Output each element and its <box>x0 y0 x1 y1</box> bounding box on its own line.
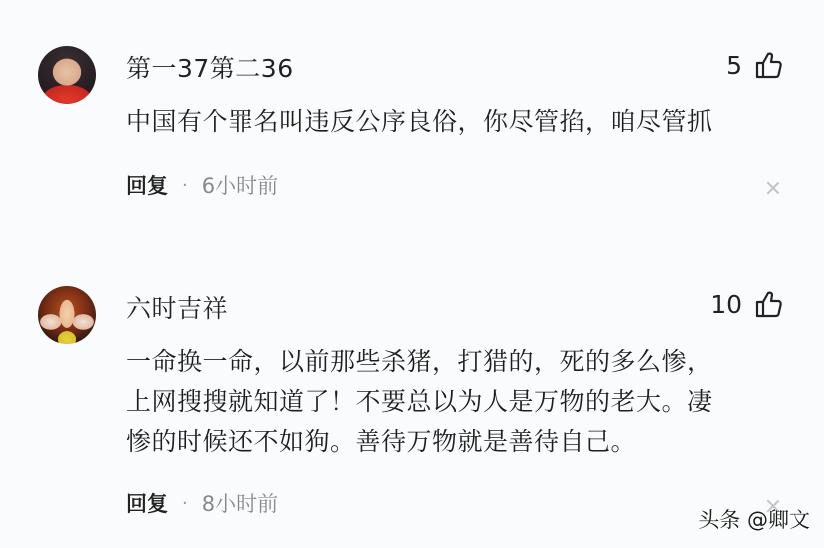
comment-text: 一命换一命，以前那些杀猪，打猎的，死的多么惨， 上网搜搜就知道了！不要总以为人是… <box>126 342 786 462</box>
timestamp: 8小时前 <box>202 488 278 518</box>
thumbs-up-icon[interactable] <box>754 289 784 319</box>
comment-list: 第一37第二36 5 中国有个罪名叫违反公序良俗，你尽管掐，咱尽管抓 回复 · … <box>0 0 824 548</box>
comment-text-line: 惨的时候还不如狗。善待万物就是善待自己。 <box>126 422 786 462</box>
reply-button[interactable]: 回复 <box>126 488 168 518</box>
like-count: 10 <box>710 290 742 319</box>
comment-meta: 回复 · 8小时前 <box>126 488 278 518</box>
comment-text-line: 一命换一命，以前那些杀猪，打猎的，死的多么惨， <box>126 342 786 382</box>
avatar[interactable] <box>38 286 96 344</box>
comment-item: 六时吉祥 10 一命换一命，以前那些杀猪，打猎的，死的多么惨， 上网搜搜就知道了… <box>0 0 824 548</box>
separator-dot: · <box>182 493 188 514</box>
username[interactable]: 六时吉祥 <box>126 289 228 325</box>
comment-text-line: 上网搜搜就知道了！不要总以为人是万物的老大。凄 <box>126 382 786 422</box>
like-button[interactable]: 10 <box>710 289 784 319</box>
watermark: 头条 @卿文 <box>698 504 810 534</box>
